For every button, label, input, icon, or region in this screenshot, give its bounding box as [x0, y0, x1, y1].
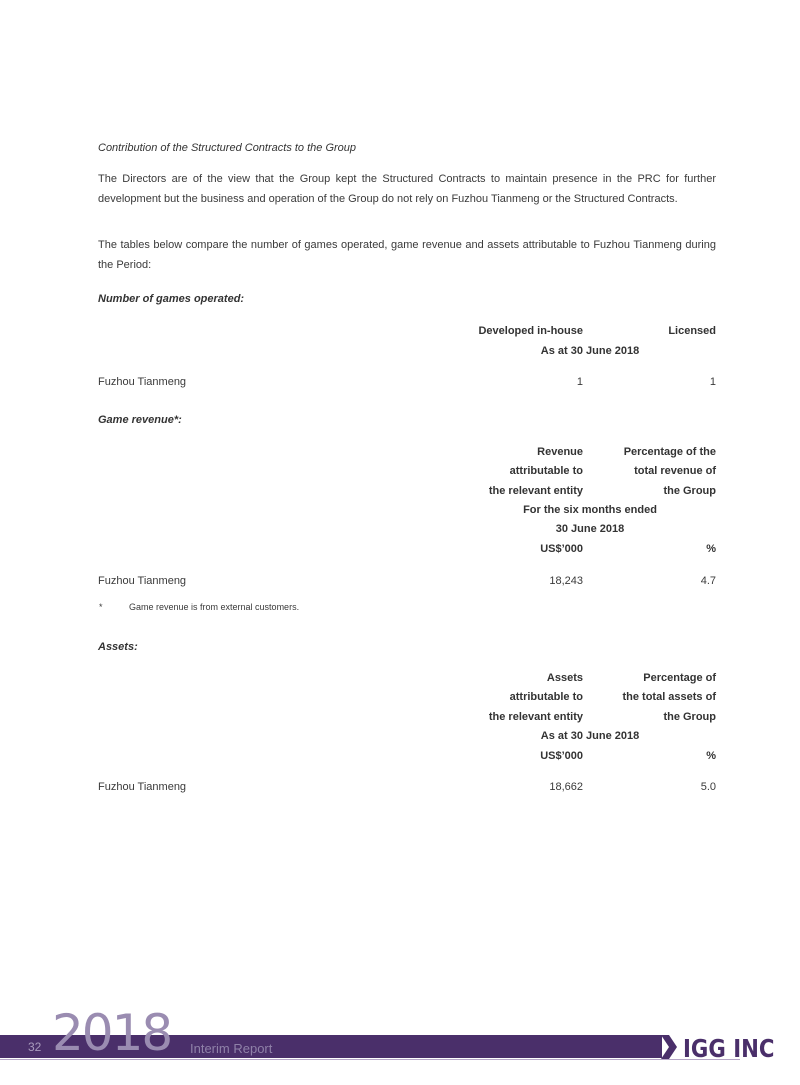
revenue-col2-unit: %: [600, 543, 716, 555]
assets-col2-header-line2: the total assets of: [560, 691, 716, 703]
assets-table-title: Assets:: [98, 641, 138, 653]
assets-period-header: As at 30 June 2018: [480, 730, 700, 742]
footer-year: 2018: [52, 1003, 171, 1063]
games-table-title: Number of games operated:: [98, 293, 244, 305]
revenue-col1-header-line3: the relevant entity: [420, 485, 583, 497]
paragraph-tables-intro: The tables below compare the number of g…: [98, 235, 716, 275]
revenue-period-line1: For the six months ended: [480, 504, 700, 516]
page-number: 32: [28, 1040, 41, 1054]
revenue-period-line2: 30 June 2018: [480, 523, 700, 535]
assets-row-col2: 5.0: [600, 781, 716, 793]
footer-report-label: Interim Report: [190, 1041, 272, 1056]
assets-col2-header-line1: Percentage of: [560, 672, 716, 684]
revenue-col1-header-line2: attributable to: [420, 465, 583, 477]
assets-col1-unit: US$’000: [480, 750, 583, 762]
footnote-marker: *: [99, 602, 103, 612]
assets-col2-unit: %: [600, 750, 716, 762]
brand-logo: IGG INC: [683, 1034, 774, 1063]
games-col1-header: Developed in-house: [420, 325, 583, 337]
revenue-col2-header-line2: total revenue of: [560, 465, 716, 477]
revenue-col2-header-line1: Percentage of the: [560, 446, 716, 458]
revenue-col1-unit: US$’000: [480, 543, 583, 555]
revenue-col2-header-line3: the Group: [560, 485, 716, 497]
games-col2-header: Licensed: [600, 325, 716, 337]
games-period-header: As at 30 June 2018: [480, 345, 700, 357]
assets-col1-header-line1: Assets: [420, 672, 583, 684]
section-subheading: Contribution of the Structured Contracts…: [98, 141, 356, 155]
footnote-text: Game revenue is from external customers.: [129, 602, 299, 612]
revenue-row-entity: Fuzhou Tianmeng: [98, 575, 186, 587]
assets-col1-header-line3: the relevant entity: [420, 711, 583, 723]
games-row-col1: 1: [480, 376, 583, 388]
games-row-col2: 1: [600, 376, 716, 388]
revenue-table-title: Game revenue*:: [98, 414, 182, 426]
paragraph-directors-view: The Directors are of the view that the G…: [98, 169, 716, 209]
revenue-row-col2: 4.7: [600, 575, 716, 587]
chevron-right-icon: [661, 1035, 679, 1059]
assets-row-entity: Fuzhou Tianmeng: [98, 781, 186, 793]
assets-row-col1: 18,662: [480, 781, 583, 793]
revenue-row-col1: 18,243: [480, 575, 583, 587]
revenue-col1-header-line1: Revenue: [420, 446, 583, 458]
assets-col2-header-line3: the Group: [560, 711, 716, 723]
assets-col1-header-line2: attributable to: [420, 691, 583, 703]
games-row-entity: Fuzhou Tianmeng: [98, 376, 186, 388]
